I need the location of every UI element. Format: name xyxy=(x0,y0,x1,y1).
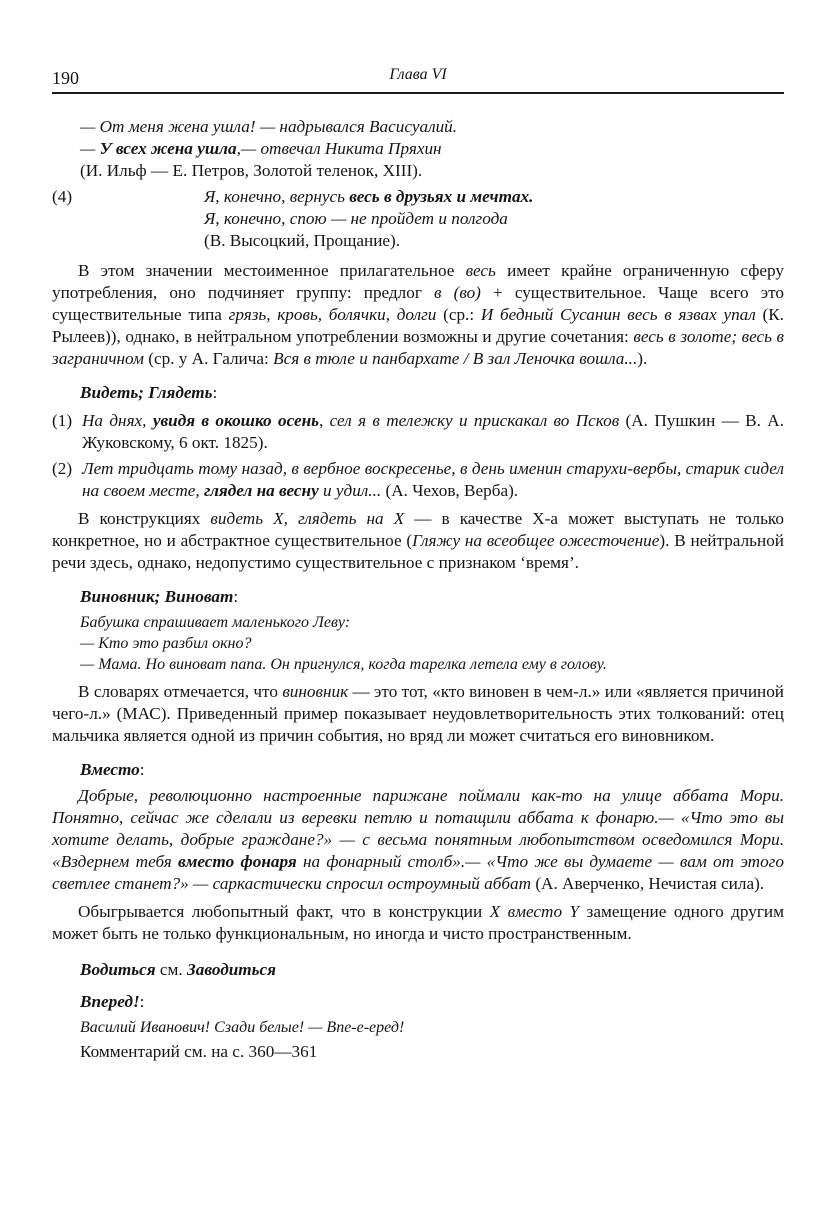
entry-voditsya: Водиться см. Заводиться xyxy=(80,959,784,981)
entry-vmesto: Вместо: Добрые, революционно настроенные… xyxy=(52,759,784,895)
paragraph-vinovnik: В словарях отмечается, что виновник — эт… xyxy=(52,681,784,747)
example-1: (1) На днях, увидя в окошко осень, сел я… xyxy=(52,410,784,454)
example-2: (2) Лет тридцать тому назад, в вербное в… xyxy=(52,458,784,502)
entry-vinovnik: Виновник; Виноват: Бабушка спрашивает ма… xyxy=(52,586,784,675)
entry-heading: Вместо: xyxy=(80,759,784,781)
paragraph-videt: В конструкциях видеть X, глядеть на X — … xyxy=(52,508,784,574)
running-head: Глава VI xyxy=(52,66,784,84)
page-header: 190 Глава VI xyxy=(52,66,784,94)
entry-videt: Видеть; Глядеть: (1) На днях, увидя в ок… xyxy=(52,382,784,502)
entry-heading: Видеть; Глядеть: xyxy=(80,382,784,404)
book-page: 190 Глава VI — От меня жена ушла! — надр… xyxy=(52,66,784,1063)
quote-ilf-petrov: — От меня жена ушла! — надрывался Васису… xyxy=(80,116,784,182)
paragraph-ves: В этом значении местоименное прилагатель… xyxy=(52,260,784,370)
example-number: (4) xyxy=(52,186,204,252)
poem-vysotsky: (4) Я, конечно, вернусь весь в друзьях и… xyxy=(52,186,784,252)
poem-source: (В. Высоцкий, Прощание). xyxy=(204,230,533,252)
entry-vpered: Вперед!: Василий Иванович! Сзади белые! … xyxy=(52,991,784,1063)
quote-line: — От меня жена ушла! — надрывался Васису… xyxy=(80,116,784,138)
quote-source: (И. Ильф — Е. Петров, Золотой теленок, X… xyxy=(80,160,784,182)
paragraph-vmesto: Обыгрывается любопытный факт, что в конс… xyxy=(52,901,784,945)
entry-heading: Виновник; Виноват: xyxy=(80,586,784,608)
quote-line: — У всех жена ушла,— отвечал Никита Прях… xyxy=(80,138,784,160)
